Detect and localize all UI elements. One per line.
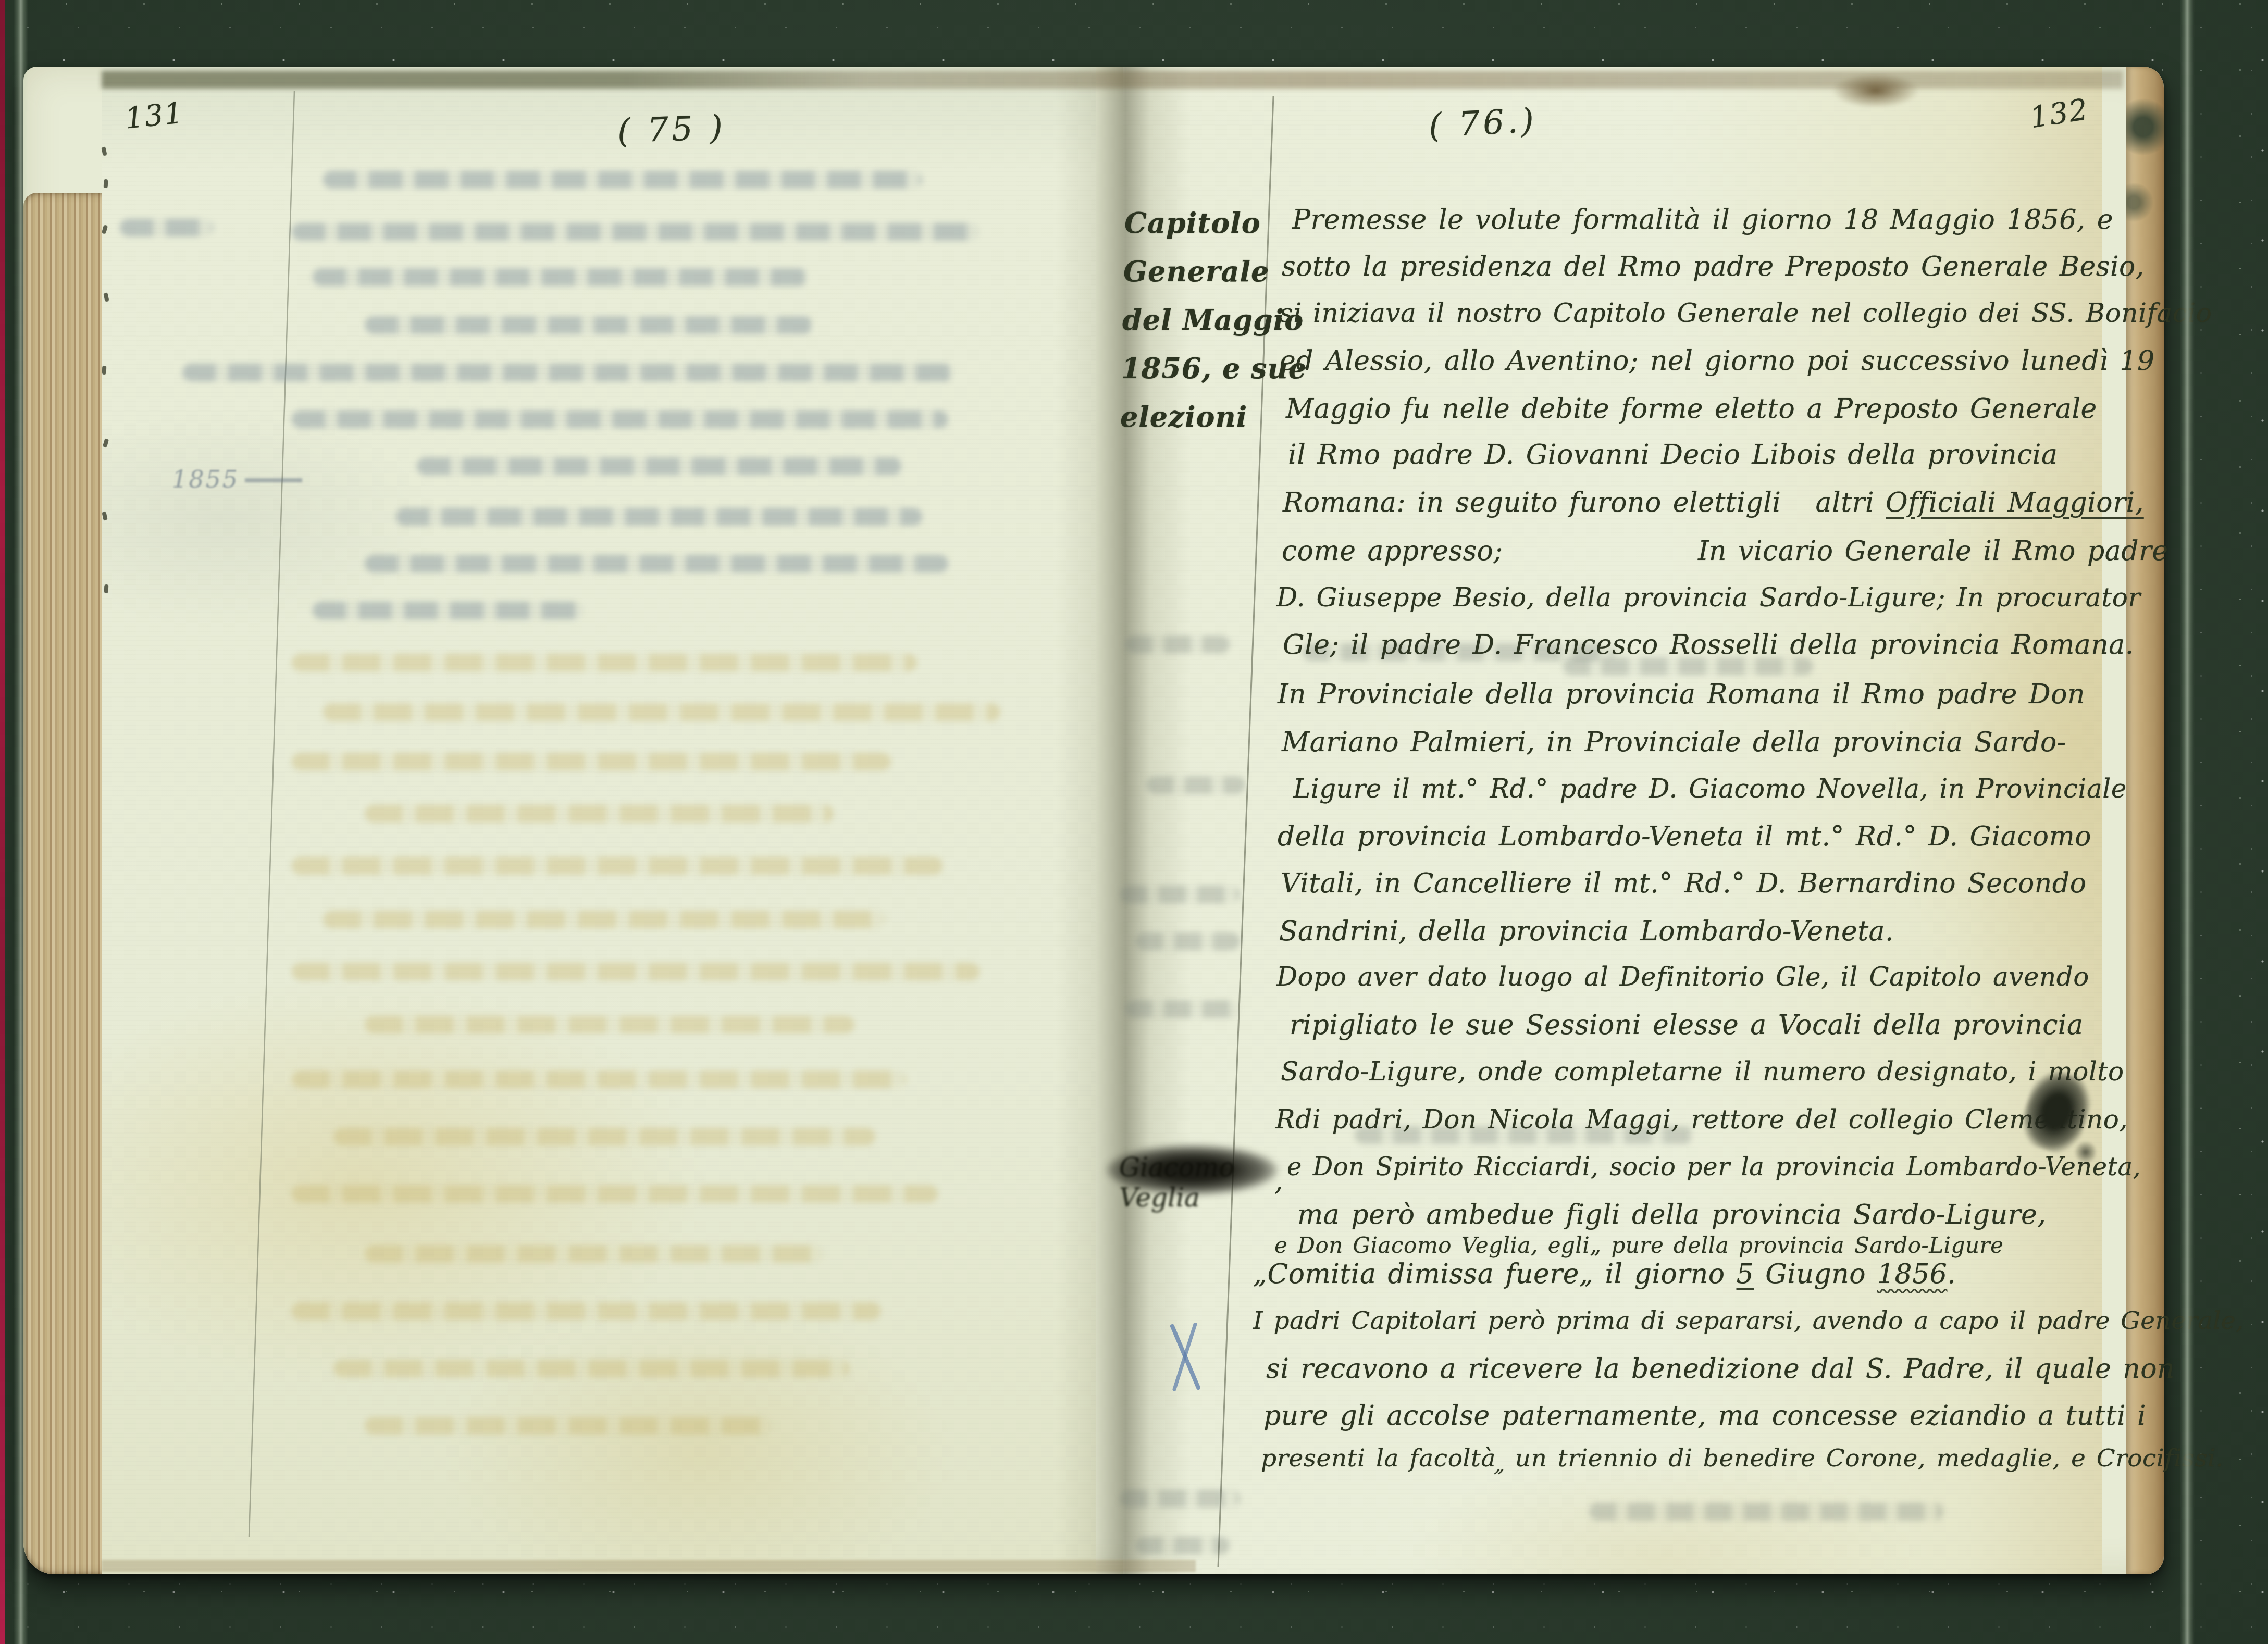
edge-ink-fragment [104, 179, 108, 188]
bleedthrough-stroke [1136, 1537, 1230, 1554]
bleedthrough-year: 1855 [172, 465, 239, 493]
manuscript-text-segment: Officiali Maggiori, [1886, 487, 2144, 518]
manuscript-line: ed Alessio, allo Aventino; nel giorno po… [1280, 345, 2154, 377]
manuscript-line: della provincia Lombardo-Veneta il mt.° … [1278, 821, 2091, 852]
bleedthrough-stroke [1120, 1490, 1240, 1508]
bleedthrough-stroke [120, 219, 214, 236]
manuscript-text-segment: . [1947, 1259, 1956, 1290]
manuscript-line: Sandrini, della provincia Lombardo-Venet… [1279, 916, 1894, 947]
manuscript-text-segment: e Don Spirito Ricciardi, socio per la pr… [1287, 1152, 2141, 1181]
bleedthrough-stroke [1120, 886, 1240, 903]
manuscript-text-segment: presenti la facoltà [1261, 1444, 1496, 1473]
bleedthrough-stroke [182, 364, 953, 381]
manuscript-text-segment: Premesse le volute formalità il giorno 1… [1292, 204, 2113, 235]
bleedthrough-stroke [1125, 1000, 1240, 1018]
page-content: 1855 131 ( 75 ) ( 76.) 132 CapitoloGener… [0, 0, 2268, 1644]
manuscript-text-segment: pure gli accolse paternamente, ma conces… [1263, 1400, 2146, 1431]
edge-ink-fragment [102, 511, 107, 520]
manuscript-text-segment: D. Giuseppe Besio, della provincia Sardo… [1276, 582, 2141, 613]
bleedthrough-stroke [333, 1360, 849, 1377]
manuscript-line: pure gli accolse paternamente, ma conces… [1263, 1400, 2146, 1431]
manuscript-line: Rdi padri, Don Nicola Maggi, rettore del… [1275, 1104, 2128, 1135]
header-right: ( 76.) [1428, 102, 1538, 146]
manuscript-line: ma però ambedue figli della provincia Sa… [1297, 1199, 2046, 1230]
header-left: ( 75 ) [617, 108, 727, 151]
edge-ink-fragment [102, 366, 107, 375]
manuscript-line: In Provinciale della provincia Romana il… [1278, 679, 2085, 710]
manuscript-line: e Don Giacomo Veglia, egli„ pure della p… [1274, 1232, 2003, 1258]
bleedthrough-dash [245, 478, 302, 482]
bleedthrough-stroke [292, 857, 943, 875]
manuscript-line: Sardo-Ligure, onde completarne il numero… [1281, 1056, 2124, 1087]
bleedthrough-stroke [333, 1128, 875, 1145]
bleedthrough-stroke [1136, 932, 1240, 950]
manuscript-scan: 1855 131 ( 75 ) ( 76.) 132 CapitoloGener… [0, 0, 2268, 1644]
bleedthrough-stroke [365, 1245, 823, 1263]
ink-smear [1107, 1145, 1278, 1195]
bleedthrough-stroke [323, 703, 1000, 721]
manuscript-text-segment: il Rmo padre D. Giovanni Decio Libois de… [1288, 439, 2058, 470]
ink-blot-small [2074, 1141, 2098, 1164]
bleedthrough-stroke [365, 1417, 771, 1435]
manuscript-line: Ligure il mt.° Rd.° padre D. Giacomo Nov… [1293, 774, 2127, 804]
bleedthrough-stroke [365, 555, 948, 572]
manuscript-text-segment: Giugno [1754, 1259, 1877, 1290]
struck-out-text: Giacomo Veglia [1114, 1148, 1270, 1192]
bleedthrough-stroke [292, 654, 917, 671]
margin-note-line: 1856, e sue [1121, 352, 1307, 385]
glass-edge-left [14, 0, 28, 1644]
margin-note-line: Generale [1123, 255, 1269, 288]
struck-out-comma: , [1274, 1166, 1283, 1197]
manuscript-text-segment: Ligure il mt.° Rd.° padre D. Giacomo Nov… [1293, 774, 2127, 804]
bleedthrough-stroke [365, 1016, 854, 1033]
manuscript-line: come appresso; In vicario Generale il Rm… [1282, 535, 2168, 567]
manuscript-text-segment: Maggio fu nelle debite forme eletto a Pr… [1286, 393, 2097, 425]
edge-ink-fragment [102, 225, 108, 234]
manuscript-text-segment: ripigliato le sue Sessioni elesse a Voca… [1290, 1010, 2083, 1041]
manuscript-text-segment: I padri Capitolari però prima di separar… [1253, 1306, 2244, 1335]
manuscript-text-segment: Romana: in seguito furono elettigli altr… [1283, 487, 1886, 518]
manuscript-text-segment: si iniziava il nostro Capitolo Generale … [1280, 298, 2212, 328]
manuscript-line: „Comitia dimissa fuere„ il giorno 5 Giug… [1253, 1259, 1956, 1290]
manuscript-text-segment: Gle; il padre D. Francesco Rosselli dell… [1283, 629, 2134, 661]
manuscript-line: il Rmo padre D. Giovanni Decio Libois de… [1288, 439, 2058, 470]
margin-note-line: Capitolo [1124, 206, 1261, 240]
bleedthrough-stroke [1589, 1503, 1943, 1521]
manuscript-line: Romana: in seguito furono elettigli altr… [1283, 487, 2144, 518]
bleedthrough-stroke [365, 316, 813, 334]
margin-note-line: del Maggio [1122, 303, 1304, 337]
manuscript-text-segment: si recavono a ricevere la benedizione da… [1266, 1353, 2175, 1385]
manuscript-line: e Don Spirito Ricciardi, socio per la pr… [1287, 1152, 2141, 1181]
edge-ink-fragment [103, 292, 109, 302]
bleedthrough-stroke [292, 223, 980, 241]
bleedthrough-stroke [292, 1070, 907, 1088]
manuscript-text-segment: un triennio di benedire Corone, medaglie… [1504, 1444, 2224, 1473]
manuscript-text-segment: 1856 [1877, 1259, 1947, 1290]
blue-pencil-x-mark [1168, 1323, 1201, 1391]
manuscript-line: ripigliato le sue Sessioni elesse a Voca… [1290, 1010, 2083, 1041]
manuscript-text-segment: sotto la presidenza del Rmo padre Prepos… [1282, 251, 2145, 282]
manuscript-text-segment: della provincia Lombardo-Veneta il mt.° … [1278, 821, 2091, 852]
manuscript-line: sotto la presidenza del Rmo padre Prepos… [1282, 251, 2145, 282]
manuscript-text-segment: In Provinciale della provincia Romana il… [1278, 679, 2085, 710]
manuscript-line: Maggio fu nelle debite forme eletto a Pr… [1286, 393, 2097, 425]
manuscript-line: Gle; il padre D. Francesco Rosselli dell… [1283, 629, 2134, 661]
manuscript-text-segment: Sandrini, della provincia Lombardo-Venet… [1279, 916, 1894, 947]
manuscript-text-segment: 5 [1737, 1259, 1754, 1290]
bleedthrough-stroke [1146, 776, 1245, 794]
bleedthrough-stroke [313, 268, 808, 286]
bleedthrough-stroke [292, 1185, 938, 1203]
manuscript-line: si iniziava il nostro Capitolo Generale … [1280, 298, 2212, 328]
manuscript-line: Vitali, in Cancelliere il mt.° Rd.° D. B… [1281, 868, 2086, 899]
bleedthrough-stroke [417, 457, 901, 475]
manuscript-text-segment: Vitali, in Cancelliere il mt.° Rd.° D. B… [1281, 868, 2086, 899]
manuscript-text-segment: ed Alessio, allo Aventino; nel giorno po… [1280, 345, 2154, 377]
manuscript-text-segment: Mariano Palmieri, in Provinciale della p… [1282, 727, 2066, 758]
edge-ink-fragment [104, 584, 109, 593]
margin-note-line: elezioni [1120, 400, 1247, 433]
bleedthrough-stroke [292, 1302, 881, 1320]
manuscript-line: D. Giuseppe Besio, della provincia Sardo… [1276, 582, 2141, 613]
edge-ink-fragment [103, 438, 109, 448]
manuscript-text-segment: „Comitia dimissa fuere„ il giorno [1253, 1259, 1737, 1290]
manuscript-text-segment: come appresso; In vicario Generale il Rm… [1282, 535, 2168, 567]
manuscript-line: si recavono a ricevere la benedizione da… [1266, 1353, 2175, 1385]
bleedthrough-stroke [323, 911, 886, 928]
bleedthrough-stroke [365, 805, 834, 823]
manuscript-line: presenti la facoltà„ un triennio di bene… [1261, 1444, 2224, 1473]
manuscript-line: Dopo aver dato luogo al Definitorio Gle,… [1276, 962, 2089, 992]
bleedthrough-stroke [313, 602, 584, 619]
manuscript-text-segment: Dopo aver dato luogo al Definitorio Gle,… [1276, 962, 2089, 992]
manuscript-text-segment: Rdi padri, Don Nicola Maggi, rettore del… [1275, 1104, 2128, 1135]
glass-edge-right [2180, 0, 2195, 1644]
bleedthrough-stroke [292, 753, 891, 770]
bleedthrough-stroke [292, 963, 980, 980]
bleedthrough-stroke [396, 508, 922, 526]
manuscript-line: Premesse le volute formalità il giorno 1… [1292, 204, 2113, 235]
page-number-left: 131 [123, 96, 185, 135]
bleedthrough-stroke [292, 410, 948, 428]
manuscript-text-segment: e Don Giacomo Veglia, egli„ pure della p… [1274, 1232, 2003, 1258]
bleedthrough-stroke [323, 171, 922, 189]
manuscript-text-segment: ma però ambedue figli della provincia Sa… [1297, 1199, 2046, 1230]
manuscript-line: Mariano Palmieri, in Provinciale della p… [1282, 727, 2066, 758]
edge-ink-fragment [101, 146, 107, 156]
page-number-right: 132 [2028, 93, 2091, 135]
manuscript-line: I padri Capitolari però prima di separar… [1253, 1306, 2244, 1335]
manuscript-text-segment: Sardo-Ligure, onde completarne il numero… [1281, 1056, 2124, 1087]
bleedthrough-stroke [1125, 636, 1230, 653]
